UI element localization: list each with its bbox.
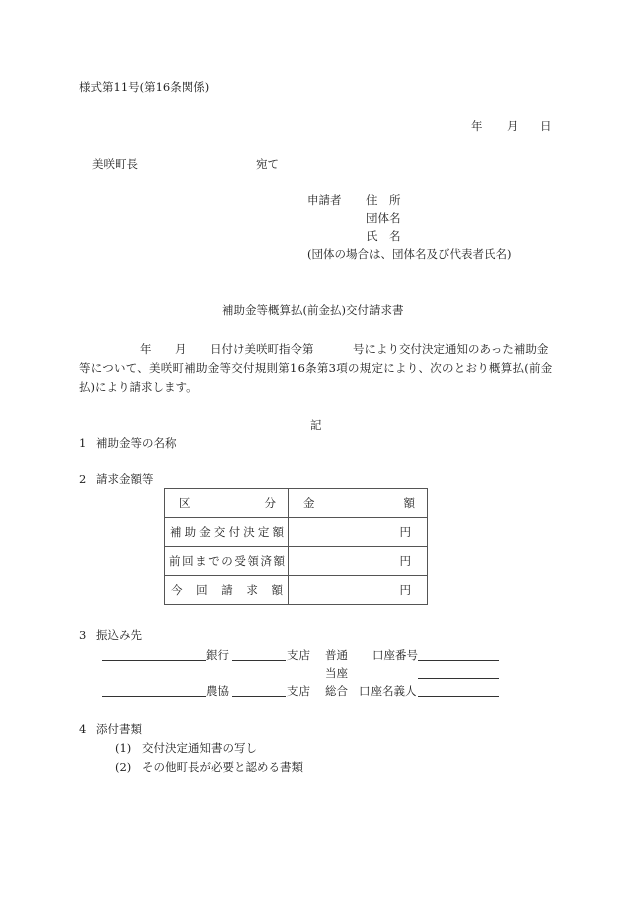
- row-label-char: 済: [260, 553, 272, 569]
- bank-label: 銀行: [206, 648, 229, 662]
- row-label-char: 額: [272, 524, 284, 540]
- header-col1-a: 区: [179, 495, 191, 511]
- addressee-name: 美咲町長: [92, 157, 138, 171]
- row-label-char: の: [221, 553, 233, 569]
- section-1-number: 1: [79, 436, 86, 450]
- account-type-general: 総合: [325, 684, 348, 698]
- coop-branch-label: 支店: [287, 684, 310, 698]
- section-3-label: 振込み先: [96, 628, 142, 642]
- amount-table: 区 分 金 額 補 助 金 交 付 決 定 額 円 前 回 ま で の 受 領: [164, 488, 428, 605]
- table-header-row: 区 分 金 額: [165, 489, 428, 518]
- row-label-char: 受: [234, 553, 246, 569]
- applicant-label: 申請者: [307, 193, 342, 207]
- account-holder-blank: [418, 696, 499, 697]
- section-1-label: 補助金等の名称: [96, 436, 177, 450]
- body-year: 年: [140, 342, 152, 356]
- attachment-1-number: (1): [115, 741, 131, 755]
- coop-branch-blank: [232, 696, 286, 697]
- section-2-number: 2: [79, 472, 86, 486]
- addressee-suffix: 宛て: [256, 157, 279, 171]
- section-4-label: 添付書類: [96, 722, 142, 736]
- row-label-char: 領: [247, 553, 259, 569]
- amount-cell: 円: [289, 547, 428, 576]
- attachment-1-text: 交付決定通知書の写し: [142, 741, 257, 755]
- account-holder-label: 口座名義人: [359, 684, 417, 698]
- amount-cell: 円: [289, 518, 428, 547]
- table-row: 補 助 金 交 付 決 定 額 円: [165, 518, 428, 547]
- bank-name-blank: [102, 660, 206, 661]
- form-number: 様式第11号(第16条関係): [79, 80, 209, 94]
- body-day-text: 日付け美咲町指令第: [210, 342, 314, 356]
- attachment-2-text: その他町長が必要と認める書類: [142, 760, 303, 774]
- amount-cell: 円: [289, 576, 428, 605]
- bank-branch-blank: [232, 660, 286, 661]
- ki-marker: 記: [310, 418, 322, 432]
- row-label-char: 回: [196, 582, 208, 598]
- row-label-char: 求: [246, 582, 258, 598]
- row-label-char: 決: [243, 524, 255, 540]
- attachment-2-number: (2): [115, 760, 131, 774]
- body-month: 月: [175, 342, 187, 356]
- date-month: 月: [507, 119, 519, 133]
- row-label-char: 金: [199, 524, 211, 540]
- account-number-label: 口座番号: [372, 648, 418, 662]
- row-label-char: 額: [272, 582, 284, 598]
- header-col2-b: 額: [404, 495, 416, 511]
- header-col1-b: 分: [265, 495, 277, 511]
- section-4-number: 4: [79, 722, 86, 736]
- row-label-char: 助: [185, 524, 197, 540]
- row-label-char: で: [208, 553, 220, 569]
- row-label-char: ま: [195, 553, 207, 569]
- row-label-char: 請: [221, 582, 233, 598]
- row-label-char: 補: [170, 524, 182, 540]
- account-number-blank-2: [418, 678, 499, 679]
- header-col2-a: 金: [303, 495, 315, 511]
- date-year: 年: [471, 119, 483, 133]
- body-line2: 等について、美咲町補助金等交付規則第16条第3項の規定により、次のとおり概算払(…: [79, 361, 552, 375]
- row-label-char: 交: [214, 524, 226, 540]
- date-day: 日: [540, 119, 552, 133]
- document-title: 補助金等概算払(前金払)交付請求書: [222, 303, 403, 317]
- section-2-label: 請求金額等: [96, 472, 154, 486]
- applicant-org-label: 団体名: [366, 211, 401, 225]
- account-number-blank: [418, 660, 499, 661]
- row-label-char: 前: [169, 553, 181, 569]
- table-row: 前 回 ま で の 受 領 済 額 円: [165, 547, 428, 576]
- coop-label: 農協: [206, 684, 229, 698]
- bank-branch-label: 支店: [287, 648, 310, 662]
- applicant-address-label: 住 所: [366, 193, 401, 207]
- table-row: 今 回 請 求 額 円: [165, 576, 428, 605]
- account-type-current: 当座: [325, 666, 348, 680]
- row-label-char: 額: [274, 553, 286, 569]
- applicant-note: (団体の場合は、団体名及び代表者氏名): [307, 247, 511, 261]
- account-type-ordinary: 普通: [325, 648, 348, 662]
- applicant-name-label: 氏 名: [366, 229, 401, 243]
- row-label-char: 付: [229, 524, 241, 540]
- row-label-char: 定: [258, 524, 270, 540]
- body-line1-rest: 号により交付決定通知のあった補助金: [353, 342, 548, 356]
- coop-name-blank: [102, 696, 206, 697]
- row-label-char: 回: [182, 553, 194, 569]
- body-line3: 払)により請求します。: [79, 380, 198, 394]
- row-label-char: 今: [171, 582, 183, 598]
- section-3-number: 3: [79, 628, 86, 642]
